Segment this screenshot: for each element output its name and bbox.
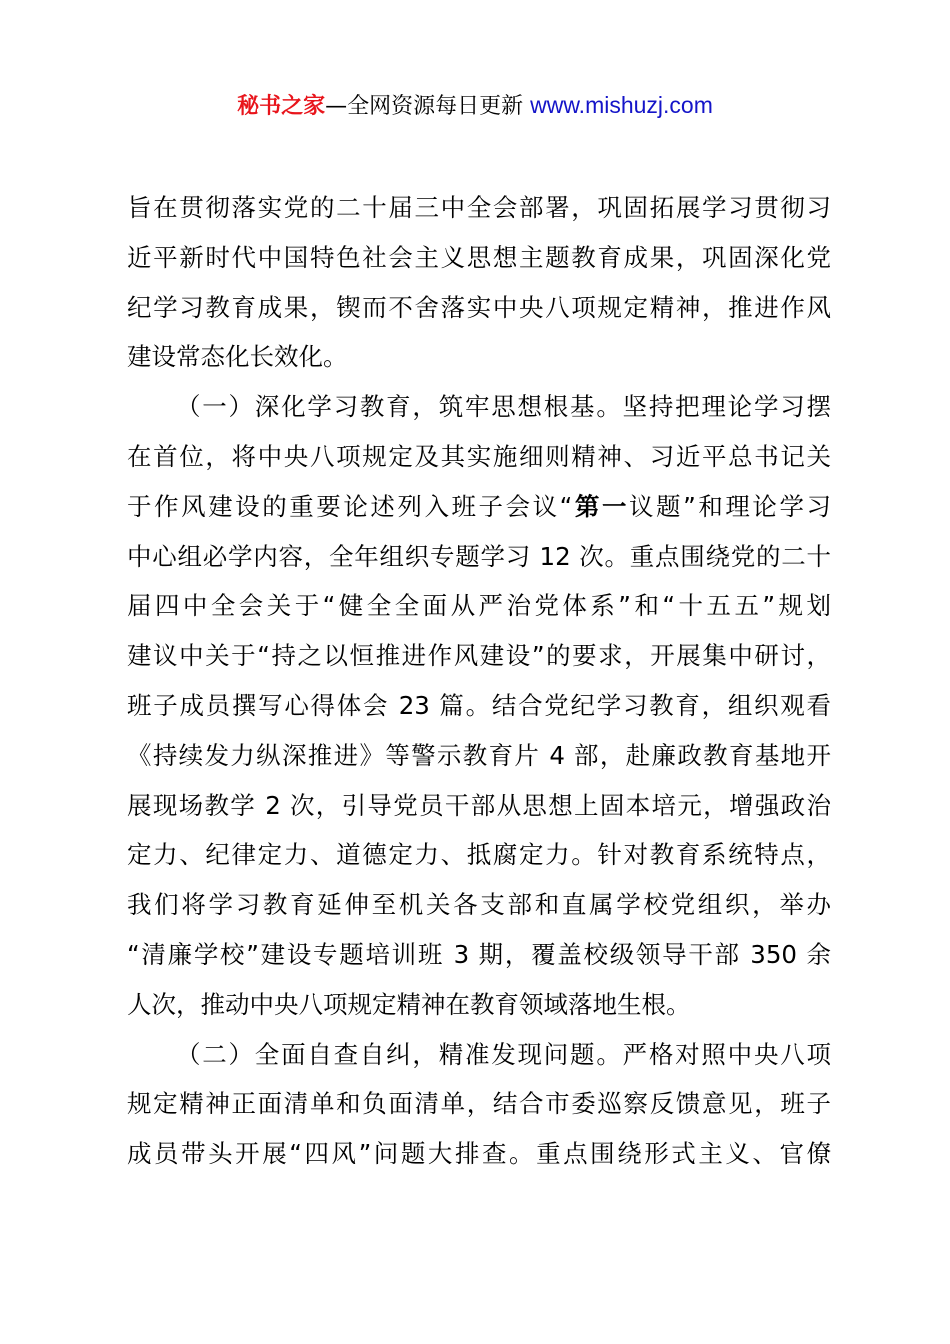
paragraph-intro-continuation: 旨在贯彻落实党的二十届三中全会部署，巩固拓展学习贯彻习 近平新时代中国特色社会主… bbox=[127, 183, 831, 382]
text-line: 在首位，将中央八项规定及其实施细则精神、习近平总书记关 bbox=[127, 432, 831, 482]
text-line: 定力、纪律定力、道德定力、抵腐定力。针对教育系统特点， bbox=[127, 830, 831, 880]
text-line: 中心组必学内容，全年组织专题学习 12 次。重点围绕党的二十 bbox=[127, 532, 831, 582]
text-line: 展现场教学 2 次，引导党员干部从思想上固本培元，增强政治 bbox=[127, 781, 831, 831]
paragraph-section-2: （二）全面自查自纠，精准发现问题。严格对照中央八项 规定精神正面清单和负面清单，… bbox=[127, 1030, 831, 1179]
text-segment: 于作风建设的重要论述列入班子会议“ bbox=[127, 492, 572, 521]
text-segment: 议题”和理论学习 bbox=[629, 492, 831, 521]
text-line: 班子成员撰写心得体会 23 篇。结合党纪学习教育，组织观看 bbox=[127, 681, 831, 731]
bold-emphasis: 第一 bbox=[572, 492, 629, 521]
text-line: 《持续发力纵深推进》等警示教育片 4 部，赴廉政教育基地开 bbox=[127, 731, 831, 781]
text-line: “清廉学校”建设专题培训班 3 期，覆盖校级领导干部 350 余 bbox=[127, 930, 831, 980]
text-line: 纪学习教育成果，锲而不舍落实中央八项规定精神，推进作风 bbox=[127, 283, 831, 333]
paragraph-section-1: （一）深化学习教育，筑牢思想根基。坚持把理论学习摆 在首位，将中央八项规定及其实… bbox=[127, 382, 831, 1029]
text-line: 成员带头开展“四风”问题大排查。重点围绕形式主义、官僚 bbox=[127, 1129, 831, 1179]
header-slogan: —全网资源每日更新 bbox=[325, 94, 530, 119]
text-line: 旨在贯彻落实党的二十届三中全会部署，巩固拓展学习贯彻习 bbox=[127, 183, 831, 233]
text-line: 规定精神正面清单和负面清单，结合市委巡察反馈意见，班子 bbox=[127, 1079, 831, 1129]
site-header: 秘书之家—全网资源每日更新 www.mishuzj.com bbox=[0, 88, 950, 124]
section-heading-line: （一）深化学习教育，筑牢思想根基。坚持把理论学习摆 bbox=[127, 382, 831, 432]
document-body: 旨在贯彻落实党的二十届三中全会部署，巩固拓展学习贯彻习 近平新时代中国特色社会主… bbox=[127, 183, 831, 1179]
text-line: 人次，推动中央八项规定精神在教育领域落地生根。 bbox=[127, 980, 831, 1030]
text-line-with-bold: 于作风建设的重要论述列入班子会议“第一议题”和理论学习 bbox=[127, 482, 831, 532]
text-line: 建设常态化长效化。 bbox=[127, 332, 831, 382]
brand-name: 秘书之家 bbox=[237, 94, 325, 119]
text-line: 近平新时代中国特色社会主义思想主题教育成果，巩固深化党 bbox=[127, 233, 831, 283]
text-line: 建议中关于“持之以恒推进作风建设”的要求，开展集中研讨， bbox=[127, 631, 831, 681]
section-heading-line: （二）全面自查自纠，精准发现问题。严格对照中央八项 bbox=[127, 1030, 831, 1080]
site-url-link[interactable]: www.mishuzj.com bbox=[530, 92, 713, 118]
text-line: 届四中全会关于“健全全面从严治党体系”和“十五五”规划 bbox=[127, 581, 831, 631]
text-line: 我们将学习教育延伸至机关各支部和直属学校党组织，举办 bbox=[127, 880, 831, 930]
